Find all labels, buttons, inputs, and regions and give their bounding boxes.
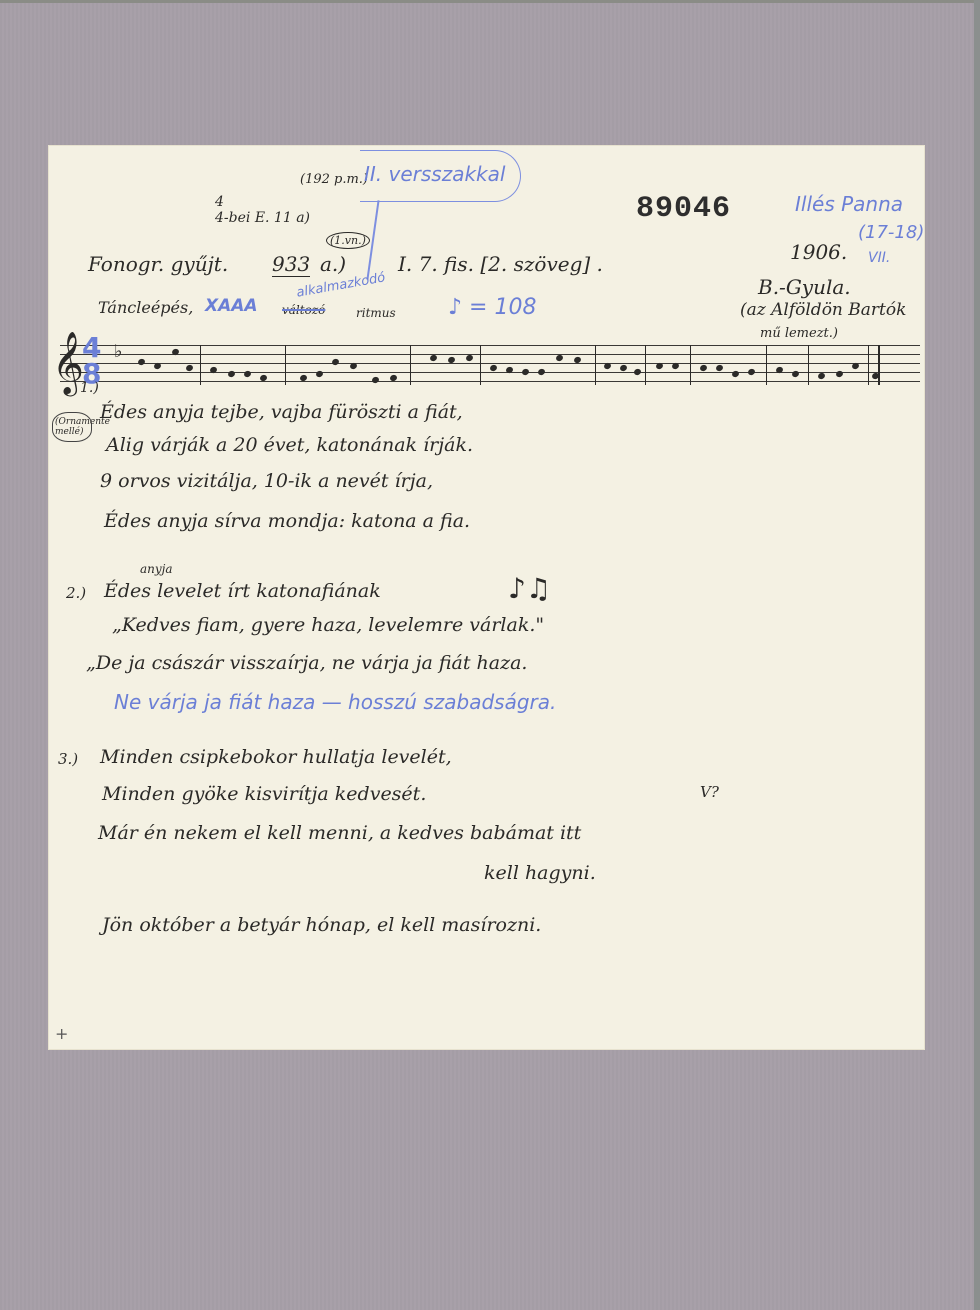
verse-3-line-1: Minden csipkebokor hullatja levelét, xyxy=(100,746,452,768)
tempo-rhythm: ritmus xyxy=(356,306,396,320)
verse-3-number: 3.) xyxy=(58,750,78,768)
collection-number: 933 xyxy=(272,252,310,277)
instance-note: (1.vn.) xyxy=(326,232,370,249)
verse-2-line-3: „De ja császár visszaírja, ne várja ja f… xyxy=(86,652,527,674)
tempo-blue-mark: XAAA xyxy=(205,296,258,316)
singer-age: (17-18) xyxy=(858,222,924,243)
collection-suffix: a.) xyxy=(320,252,346,276)
metronome-marking: ♪ = 108 xyxy=(448,295,536,320)
verse-2-line-2: „Kedves fiam, gyere haza, levelemre várl… xyxy=(112,614,544,636)
music-staff: 𝄞 48 ♭ xyxy=(60,345,920,385)
verse-1-line-1: Édes anyja tejbe, vajba füröszti a fiát, xyxy=(100,401,463,423)
verse-2-blue-correction: Ne várja ja fiát haza — hosszú szabadság… xyxy=(114,690,556,714)
verse-3-line-2: Minden gyöke kisvirítja kedvesét. xyxy=(102,783,426,805)
catalog-number-stamp: 89046 xyxy=(636,192,731,226)
verse-3-line-5: Jön október a betyár hónap, el kell masí… xyxy=(102,914,541,936)
year: 1906. xyxy=(790,240,847,264)
verse-3-line-3: Már én nekem el kell menni, a kedves bab… xyxy=(98,822,581,844)
scan-right-edge xyxy=(974,0,980,1310)
top-reference: (192 p.m.) xyxy=(300,172,368,187)
corner-mark: + xyxy=(55,1024,68,1043)
tempo-marking: Táncleépés, xyxy=(98,298,193,317)
annotation-bubble xyxy=(360,150,521,202)
reference-line: 4-bei E. 11 a) xyxy=(215,210,310,226)
collection-prefix: Fonogr. gyűjt. xyxy=(88,252,228,276)
collection-details: I. 7. fis. [2. szöveg] . xyxy=(398,252,603,276)
verse-2-line-1: Édes levelet írt katonafiának xyxy=(104,580,381,602)
tempo-struck-word: változó xyxy=(282,303,325,317)
music-fragment-icon: ♪♫ xyxy=(508,572,551,605)
flat-icon: ♭ xyxy=(114,341,123,362)
location-note-1: (az Alföldön Bartók xyxy=(740,300,906,320)
singer-name: Illés Panna xyxy=(795,192,903,216)
scan-top-edge xyxy=(0,0,980,3)
margin-note: (Ornamente mellé) xyxy=(52,412,92,442)
verse-2-insert: anyja xyxy=(140,562,173,576)
verse-3-margin-mark: V? xyxy=(700,783,719,801)
location-note-2: mű lemezt.) xyxy=(760,326,838,341)
verse-2-number: 2.) xyxy=(66,584,86,602)
verse-1-line-2: Alig várják a 20 évet, katonának írják. xyxy=(106,434,473,456)
collector: B.-Gyula. xyxy=(758,275,851,299)
month: VII. xyxy=(868,250,890,266)
verse-1-music-label: 1.) xyxy=(80,380,99,396)
verse-1-line-3: 9 orvos vizitálja, 10-ik a nevét írja, xyxy=(100,470,433,492)
verse-3-line-4: kell hagyni. xyxy=(484,862,596,884)
verse-1-line-4: Édes anyja sírva mondja: katona a fia. xyxy=(104,510,470,532)
reference-superscript: 4 xyxy=(215,194,224,210)
